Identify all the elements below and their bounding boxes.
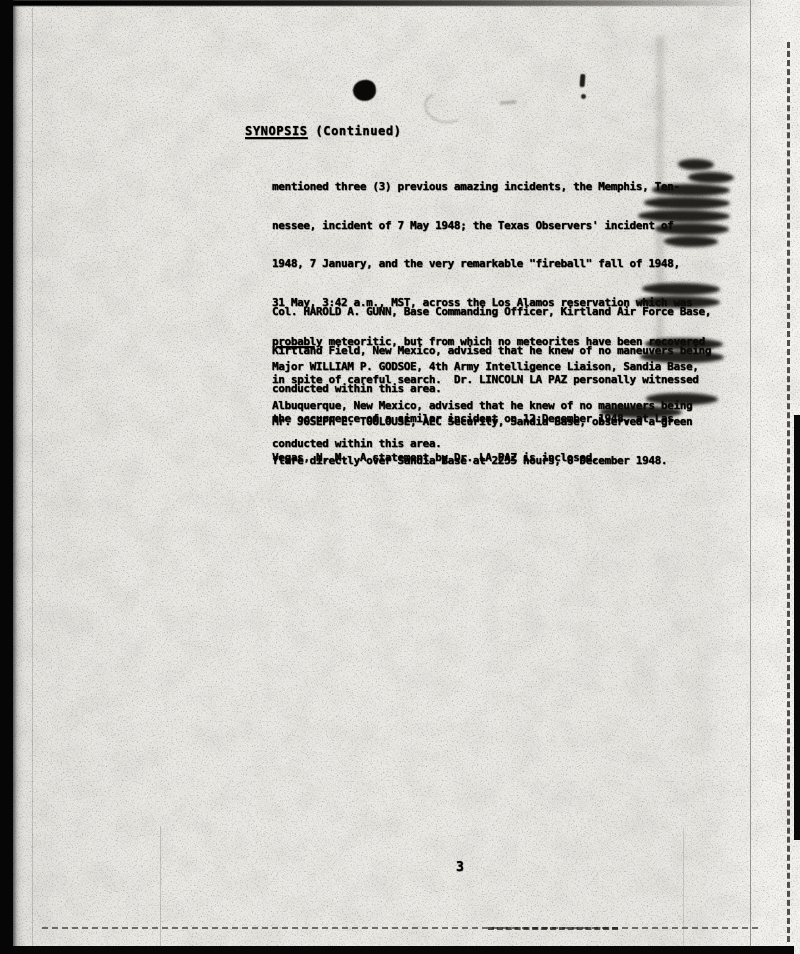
document-content: SYNOPSIS (Continued) mentioned three (3)… xyxy=(0,0,800,954)
ink-smear xyxy=(644,197,730,209)
text-line: Major WILLIAM P. GODSOE, 4th Army Intell… xyxy=(272,361,699,374)
ink-smear xyxy=(678,159,714,170)
ink-smear xyxy=(600,406,682,418)
ink-smear xyxy=(664,236,718,247)
ink-smear xyxy=(646,393,718,405)
text-line: mentioned three (3) previous amazing inc… xyxy=(272,181,705,194)
ink-smear xyxy=(645,338,723,350)
synopsis-heading: SYNOPSIS (Continued) xyxy=(245,124,402,138)
ink-smear xyxy=(688,172,734,183)
text-line: nessee, incident of 7 May 1948; the Texa… xyxy=(272,220,705,233)
ink-smear xyxy=(655,223,729,235)
text-line: flare directly over Sandia Base at 2255 … xyxy=(272,455,692,468)
synopsis-heading-suffix: (Continued) xyxy=(308,124,402,138)
ink-smear xyxy=(636,296,720,308)
scanned-document-page: SYNOPSIS (Continued) mentioned three (3)… xyxy=(0,0,800,954)
scan-edge-left xyxy=(0,0,13,954)
ink-smear xyxy=(642,283,720,295)
text-line: 1948, 7 January, and the very remarkable… xyxy=(272,258,705,271)
page-number: 3 xyxy=(456,860,464,875)
synopsis-heading-underlined: SYNOPSIS xyxy=(245,124,308,138)
ink-smear xyxy=(640,351,724,363)
ink-smear xyxy=(638,210,730,222)
text-line: Col. HAROLD A. GUNN, Base Commanding Off… xyxy=(272,306,711,319)
ink-smear xyxy=(652,184,730,196)
